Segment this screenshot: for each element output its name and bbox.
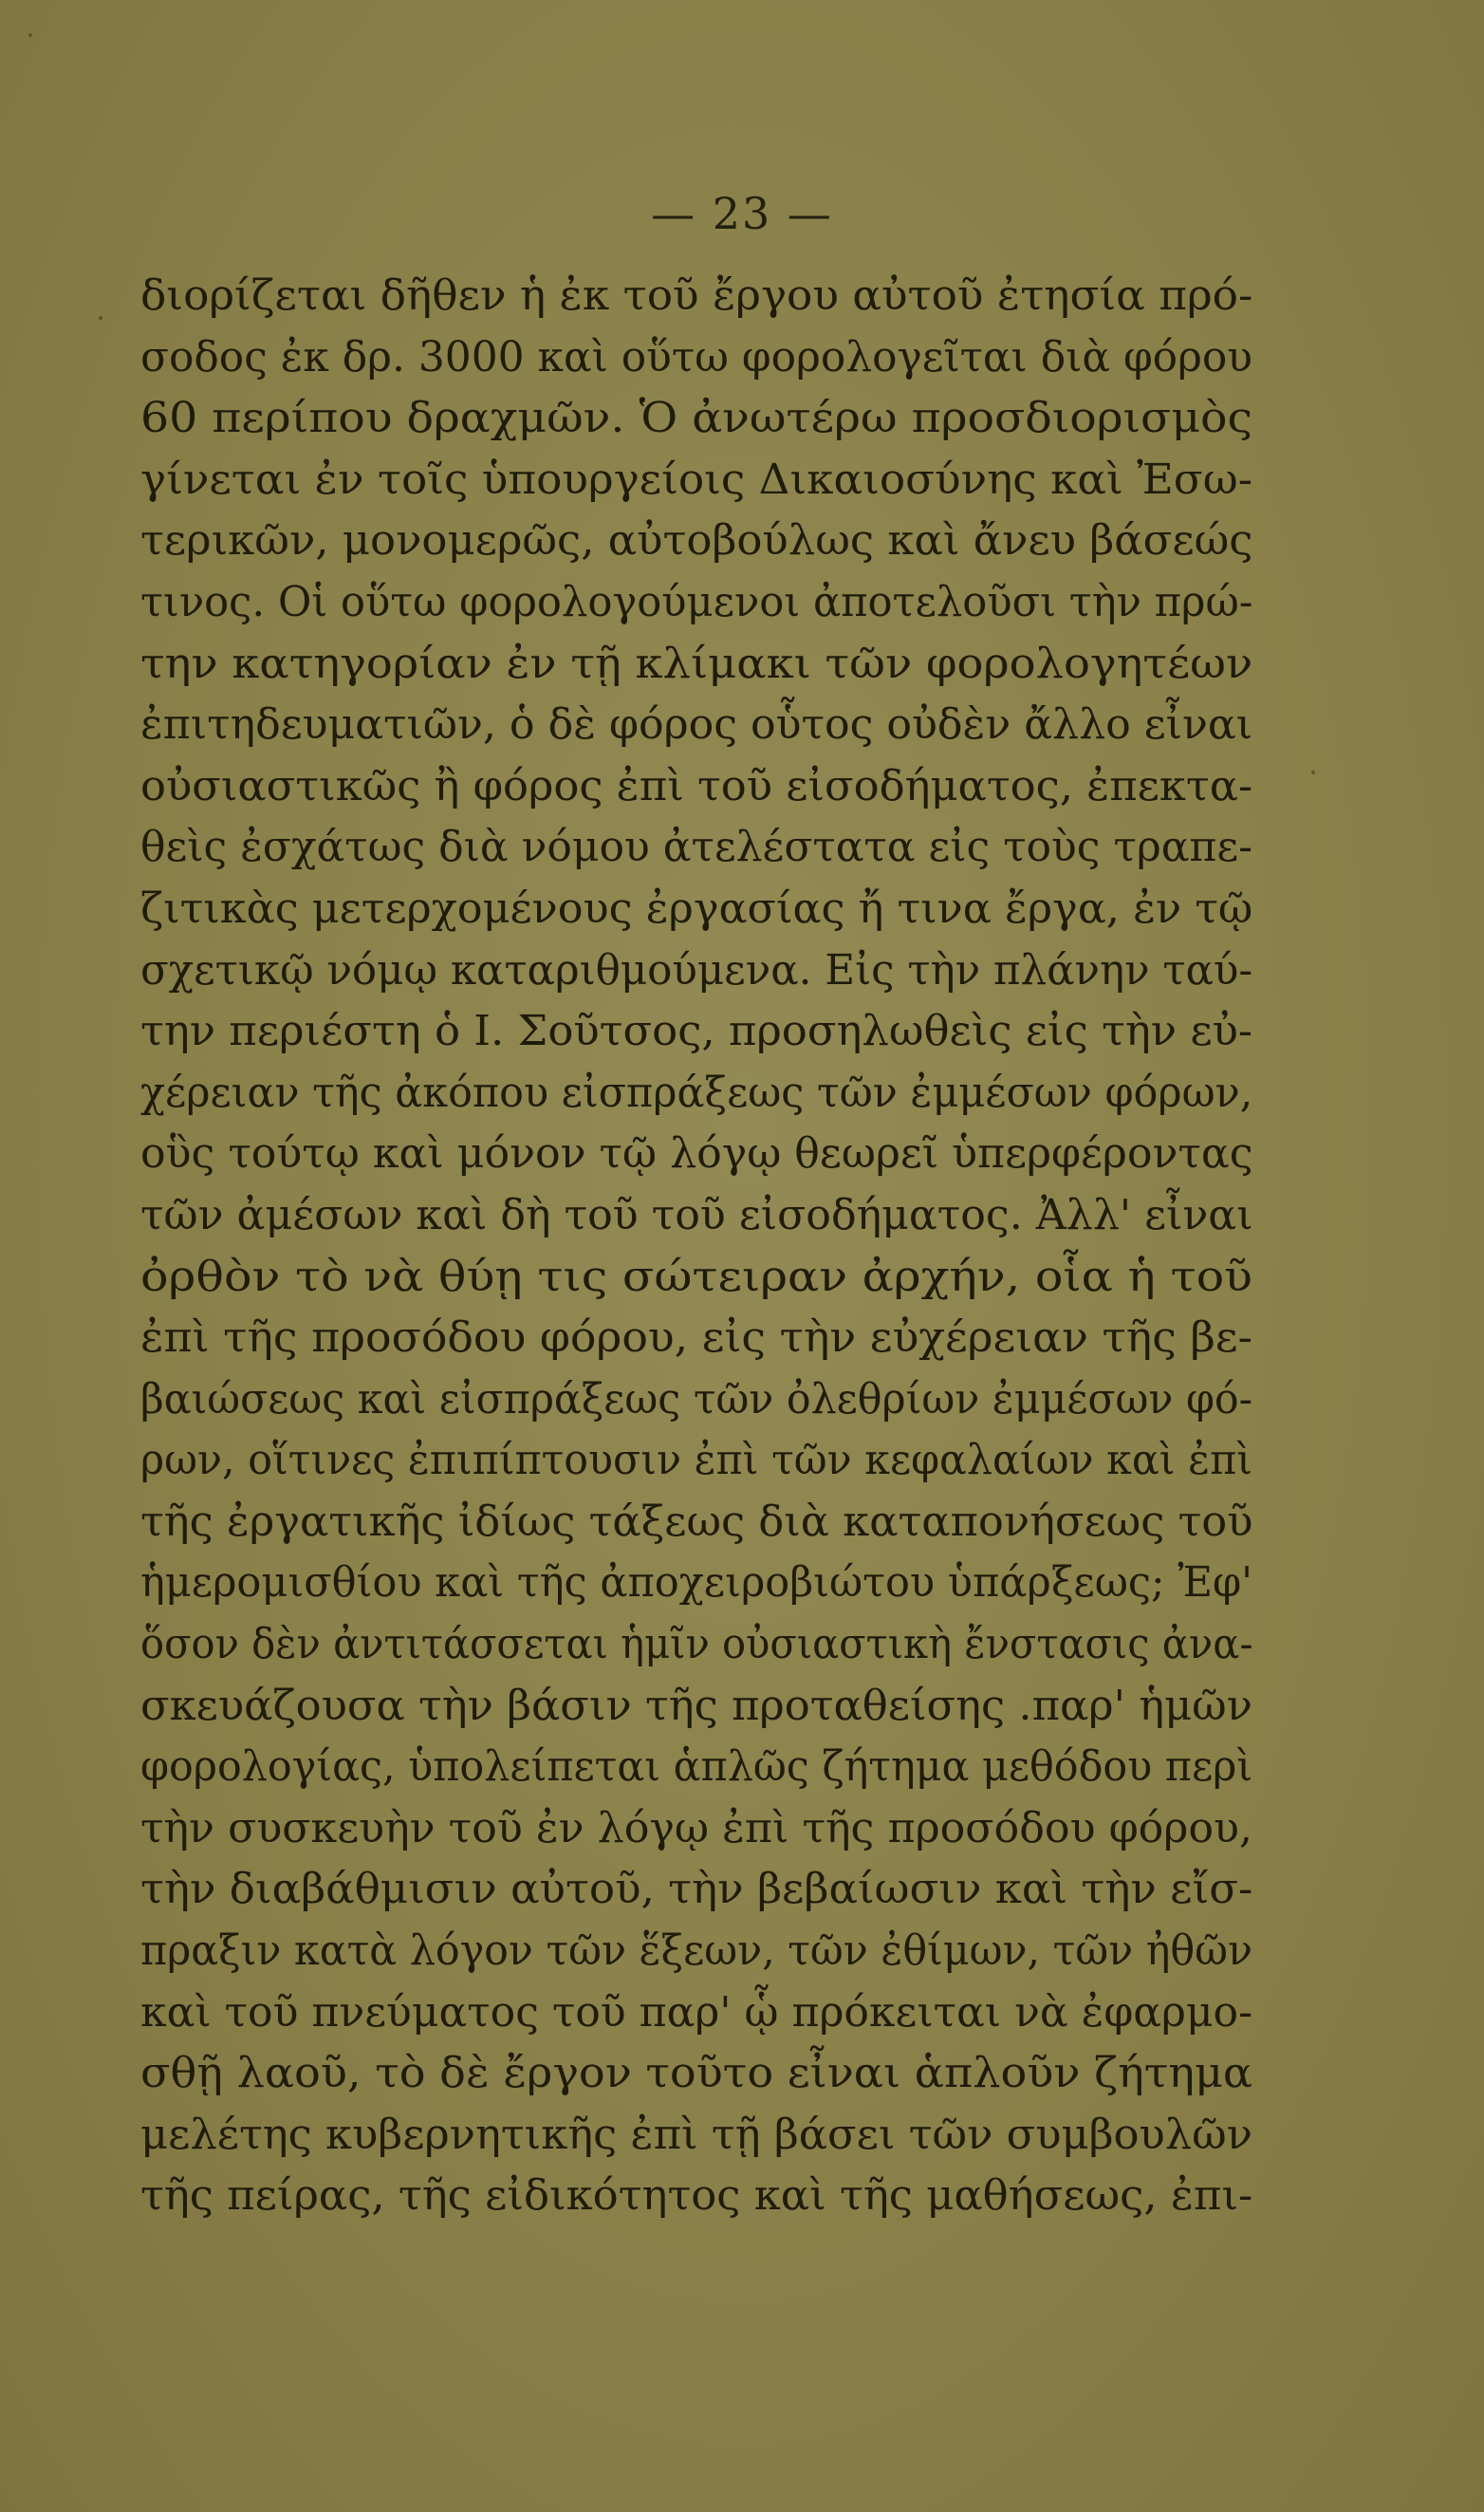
text-line: φορολογίας, ὑπολείπεται ἁπλῶς ζήτημα μεθ… xyxy=(140,1737,1252,1798)
text-line: τὴν συσκευὴν τοῦ ἐν λόγῳ ἐπὶ τῆς προσόδο… xyxy=(140,1798,1252,1860)
text-line: τερικῶν, μονομερῶς, αὐτοβούλως καὶ ἄνευ … xyxy=(140,511,1252,572)
text-line: τὴν διαβάθμισιν αὐτοῦ, τὴν βεβαίωσιν καὶ… xyxy=(140,1859,1252,1921)
text-line: ὀρθὸν τὸ νὰ θύῃ τις σώτειραν ἀρχήν, οἷα … xyxy=(140,1247,1252,1309)
body-text: διορίζεται δῆθεν ἡ ἐκ τοῦ ἔργου αὐτοῦ ἐτ… xyxy=(140,266,1252,2227)
text-line: θεὶς ἐσχάτως διὰ νόμου ἀτελέστατα εἰς το… xyxy=(140,817,1252,879)
paper-speck xyxy=(1311,771,1315,774)
text-line: μελέτης κυβερνητικῆς ἐπὶ τῇ βάσει τῶν συ… xyxy=(140,2105,1252,2167)
text-line: καὶ τοῦ πνεύματος τοῦ παρ' ᾧ πρόκειται ν… xyxy=(140,1982,1252,2044)
text-line: σοδος ἐκ δρ. 3000 καὶ οὕτω φορολογεῖται … xyxy=(140,327,1252,389)
text-line: 60 περίπου δραχμῶν. Ὁ ἀνωτέρω προσδιορισ… xyxy=(140,388,1252,450)
text-line: οὐσιαστικῶς ἢ φόρος ἐπὶ τοῦ εἰσοδήματος,… xyxy=(140,756,1252,818)
text-line: ρων, οἵτινες ἐπιπίπτουσιν ἐπὶ τῶν κεφαλα… xyxy=(140,1430,1252,1492)
text-line: διορίζεται δῆθεν ἡ ἐκ τοῦ ἔργου αὐτοῦ ἐτ… xyxy=(140,266,1252,327)
paper-speck xyxy=(99,316,102,320)
text-line: βαιώσεως καὶ εἰσπράξεως τῶν ὀλεθρίων ἐμμ… xyxy=(140,1369,1252,1431)
text-line: σκευάζουσα τὴν βάσιν τῆς προταθείσης .πα… xyxy=(140,1676,1252,1738)
text-line: ὅσον δὲν ἀντιτάσσεται ἡμῖν οὐσιαστικὴ ἔν… xyxy=(140,1614,1252,1676)
text-line: σχετικῷ νόμῳ καταριθμούμενα. Εἰς τὴν πλά… xyxy=(140,940,1252,1002)
text-line: τῆς πείρας, τῆς εἰδικότητος καὶ τῆς μαθή… xyxy=(140,2166,1252,2227)
page-number: — 23 — xyxy=(0,188,1484,239)
text-line: τῶν ἀμέσων καὶ δὴ τοῦ τοῦ εἰσοδήματος. Ἀ… xyxy=(140,1185,1252,1247)
text-line: την κατηγορίαν ἐν τῇ κλίμακι τῶν φορολογ… xyxy=(140,634,1252,696)
text-line: σθῇ λαοῦ, τὸ δὲ ἔργον τοῦτο εἶναι ἁπλοῦν… xyxy=(140,2043,1252,2105)
text-line: πραξιν κατὰ λόγον τῶν ἕξεων, τῶν ἐθίμων,… xyxy=(140,1921,1252,1982)
text-line: τινος. Οἱ οὕτω φορολογούμενοι ἀποτελοῦσι… xyxy=(140,572,1252,634)
text-line: ζιτικὰς μετερχομένους ἐργασίας ἤ τινα ἔρ… xyxy=(140,879,1252,940)
text-line: ἐπὶ τῆς προσόδου φόρου, εἰς τὴν εὐχέρεια… xyxy=(140,1308,1252,1369)
text-line: τῆς ἐργατικῆς ἰδίως τάξεως διὰ καταπονήσ… xyxy=(140,1492,1252,1554)
text-line: χέρειαν τῆς ἀκόπου εἰσπράξεως τῶν ἐμμέσω… xyxy=(140,1063,1252,1125)
text-line: ἡμερομισθίου καὶ τῆς ἀποχειροβιώτου ὑπάρ… xyxy=(140,1553,1252,1614)
text-line: την περιέστη ὁ Ι. Σοῦτσος, προσηλωθεὶς ε… xyxy=(140,1001,1252,1063)
text-line: οὓς τούτῳ καὶ μόνον τῷ λόγῳ θεωρεῖ ὑπερφ… xyxy=(140,1124,1252,1185)
text-line: γίνεται ἐν τοῖς ὑπουργείοις Δικαιοσύνης … xyxy=(140,450,1252,512)
paper-speck xyxy=(28,33,32,37)
text-line: ἐπιτηδευματιῶν, ὁ δὲ φόρος οὗτος οὐδὲν ἄ… xyxy=(140,695,1252,756)
